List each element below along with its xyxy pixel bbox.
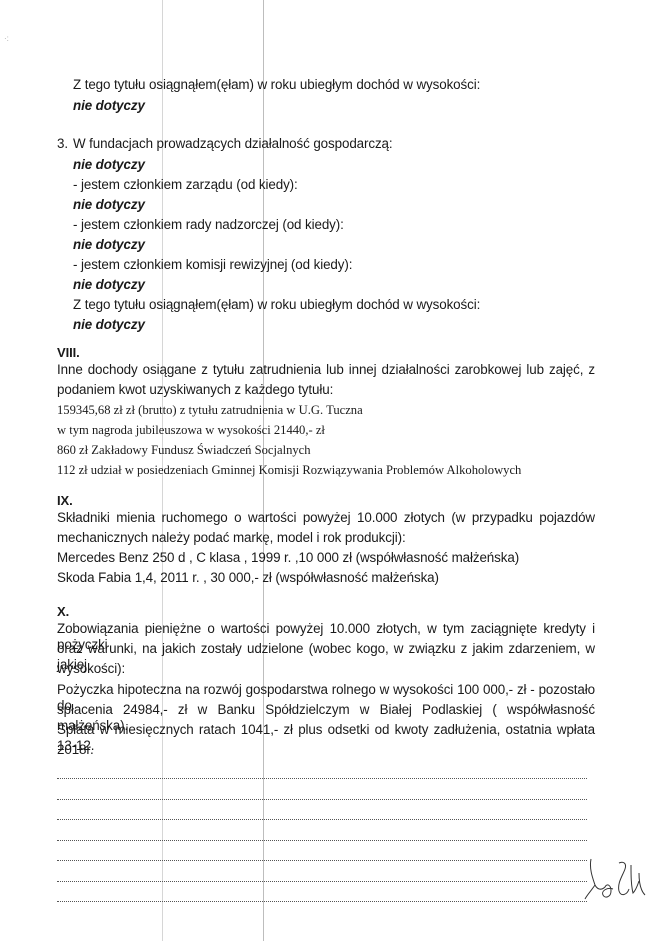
- supervisory-value: nie dotyczy: [73, 237, 145, 253]
- liability-entry: 2018r.: [57, 742, 94, 758]
- section-description: podaniem kwot uzyskiwanych z każdego tyt…: [57, 382, 333, 398]
- blank-dotted-line: [57, 819, 587, 820]
- income-label: Z tego tytułu osiągnąłem(ęłam) w roku ub…: [73, 77, 480, 93]
- income-entry: 159345,68 zł zł (brutto) z tytułu zatrud…: [57, 402, 363, 418]
- income-entry: 112 zł udział w posiedzeniach Gminnej Ko…: [57, 462, 521, 478]
- board-label: - jestem członkiem zarządu (od kiedy):: [73, 177, 298, 193]
- section-description: Składniki mienia ruchomego o wartości po…: [57, 510, 595, 526]
- section-heading: X.: [57, 604, 69, 620]
- section-description: mechanicznych należy podać markę, model …: [57, 530, 406, 546]
- item-value: nie dotyczy: [73, 157, 145, 173]
- section-heading: IX.: [57, 493, 73, 509]
- blank-dotted-line: [57, 860, 587, 861]
- income-entry: w tym nagroda jubileuszowa w wysokości 2…: [57, 422, 325, 438]
- signature-icon: [583, 855, 653, 905]
- blank-dotted-line: [57, 840, 587, 841]
- income-value: nie dotyczy: [73, 98, 145, 114]
- audit-label: - jestem członkiem komisji rewizyjnej (o…: [73, 257, 352, 273]
- supervisory-label: - jestem członkiem rady nadzorczej (od k…: [73, 217, 344, 233]
- blank-dotted-line: [57, 799, 587, 800]
- income-entry: 860 zł Zakładowy Fundusz Świadczeń Socja…: [57, 442, 311, 458]
- section-description: oraz warunki, na jakich zostały udzielon…: [57, 641, 595, 673]
- blank-dotted-line: [57, 881, 587, 882]
- section-description: wysokości):: [57, 661, 125, 677]
- blank-dotted-line: [57, 778, 587, 779]
- section-heading: VIII.: [57, 345, 80, 361]
- board-value: nie dotyczy: [73, 197, 145, 213]
- income-value: nie dotyczy: [73, 317, 145, 333]
- liability-entry: Spłata w miesięcznych ratach 1041,- zł p…: [57, 722, 595, 754]
- item-label: W fundacjach prowadzących działalność go…: [73, 136, 393, 152]
- asset-entry: Skoda Fabia 1,4, 2011 r. , 30 000,- zł (…: [57, 570, 439, 586]
- item-number: 3.: [57, 136, 68, 152]
- section-description: Inne dochody osiągane z tytułu zatrudnie…: [57, 362, 595, 378]
- blank-dotted-line: [57, 901, 587, 902]
- scan-corner-mark: ·:: [4, 34, 9, 43]
- audit-value: nie dotyczy: [73, 277, 145, 293]
- income-label: Z tego tytułu osiągnąłem(ęłam) w roku ub…: [73, 297, 480, 313]
- asset-entry: Mercedes Benz 250 d , C klasa , 1999 r. …: [57, 550, 519, 566]
